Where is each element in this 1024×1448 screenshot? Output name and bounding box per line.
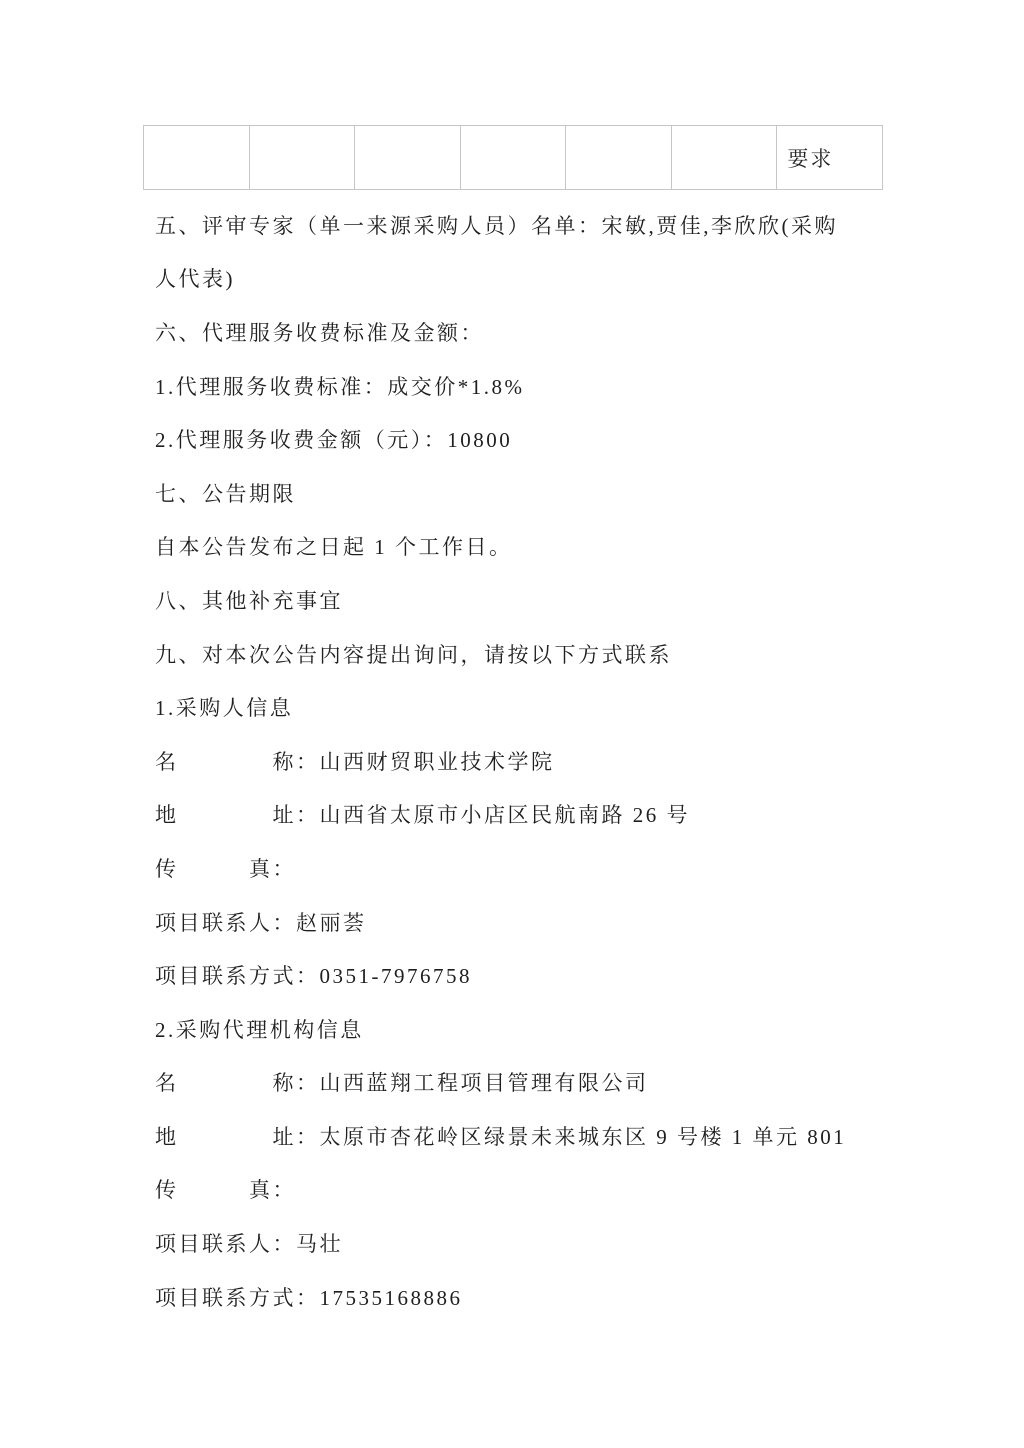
requirements-table: 要求	[143, 125, 883, 190]
table-row: 要求	[144, 126, 883, 190]
section-9-heading: 九、对本次公告内容提出询问，请按以下方式联系	[155, 627, 895, 681]
purchaser-contact-phone: 项目联系方式：0351-7976758	[155, 948, 895, 1002]
document-page: 要求 五、评审专家（单一来源采购人员）名单：宋敏,贾佳,李欣欣(采购 人代表) …	[0, 0, 1024, 1448]
section-6-heading: 六、代理服务收费标准及金额：	[155, 305, 895, 359]
section-5-heading-wrap: 人代表)	[155, 252, 895, 306]
document-body: 五、评审专家（单一来源采购人员）名单：宋敏,贾佳,李欣欣(采购 人代表) 六、代…	[155, 198, 895, 1323]
table-cell-requirement: 要求	[777, 126, 883, 190]
table-cell	[355, 126, 461, 190]
section-5-heading: 五、评审专家（单一来源采购人员）名单：宋敏,贾佳,李欣欣(采购	[155, 198, 895, 252]
section-7-heading: 七、公告期限	[155, 466, 895, 520]
section-8-heading: 八、其他补充事宜	[155, 573, 895, 627]
purchaser-fax: 传 真：	[155, 841, 895, 895]
purchaser-info-heading: 1.采购人信息	[155, 680, 895, 734]
agency-info-heading: 2.采购代理机构信息	[155, 1002, 895, 1056]
table-cell	[249, 126, 355, 190]
agency-fee-amount: 2.代理服务收费金额（元）：10800	[155, 412, 895, 466]
agency-fee-standard: 1.代理服务收费标准：成交价*1.8%	[155, 359, 895, 413]
agency-name: 名 称：山西蓝翔工程项目管理有限公司	[155, 1056, 895, 1110]
agency-contact-phone: 项目联系方式：17535168886	[155, 1270, 895, 1324]
purchaser-name: 名 称：山西财贸职业技术学院	[155, 734, 895, 788]
announcement-period: 自本公告发布之日起 1 个工作日。	[155, 520, 895, 574]
agency-address: 地 址：太原市杏花岭区绿景未来城东区 9 号楼 1 单元 801	[155, 1109, 895, 1163]
table-cell	[566, 126, 672, 190]
table-cell	[144, 126, 250, 190]
purchaser-contact-person: 项目联系人：赵丽荟	[155, 895, 895, 949]
table-cell	[671, 126, 777, 190]
agency-contact-person: 项目联系人：马壮	[155, 1216, 895, 1270]
table-cell	[460, 126, 566, 190]
agency-fax: 传 真：	[155, 1163, 895, 1217]
purchaser-address: 地 址：山西省太原市小店区民航南路 26 号	[155, 788, 895, 842]
